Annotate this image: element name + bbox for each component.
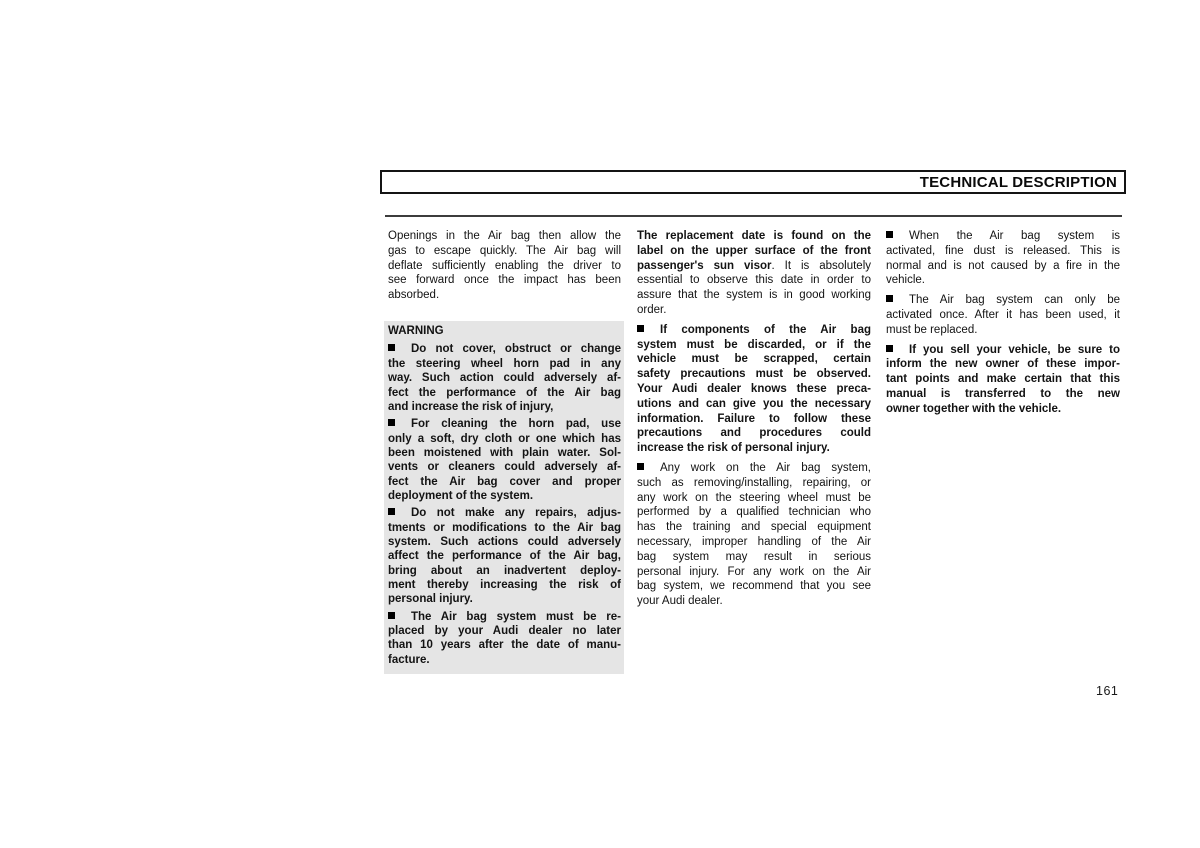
text-run: manual is transferred to the new bbox=[886, 388, 1120, 400]
text-run: fect the performance of the Air bag bbox=[388, 387, 621, 399]
text-run: information. Failure to follow these bbox=[637, 413, 871, 425]
text-run: Openings in the Air bag then allow the bbox=[388, 230, 621, 242]
bullet-square-icon bbox=[886, 229, 909, 244]
text-run: The Air bag system must be re- bbox=[411, 611, 621, 623]
text-line: label on the upper surface of the front bbox=[637, 244, 871, 259]
bullet-square-icon bbox=[388, 342, 411, 356]
text-line: vents or cleaners could adversely af- bbox=[388, 460, 621, 474]
text-run: the steering wheel horn pad in any bbox=[388, 358, 621, 370]
text-line: precautions and procedures could bbox=[637, 426, 871, 441]
text-run: Do not cover, obstruct or change bbox=[411, 343, 621, 355]
text-run: affect the performance of the Air bag, bbox=[388, 550, 621, 562]
text-run: If components of the Air bag bbox=[660, 324, 871, 336]
text-line: personal injury. bbox=[388, 592, 621, 606]
text-line: information. Failure to follow these bbox=[637, 412, 871, 427]
text-run: been moistened with plain water. Sol- bbox=[388, 447, 621, 459]
bullet-square-icon bbox=[388, 417, 411, 431]
text-line: ment thereby increasing the risk of bbox=[388, 578, 621, 592]
text-line: If components of the Air bag bbox=[637, 323, 871, 338]
text-run: way. Such action could adversely af- bbox=[388, 372, 621, 384]
text-run: bag system, we recommend that you see bbox=[637, 580, 871, 592]
text-run: personal injury. For any work on the Air bbox=[637, 566, 871, 578]
bullet-square-icon bbox=[886, 231, 893, 238]
bullet-item: For cleaning the horn pad, useonly a sof… bbox=[388, 417, 621, 503]
text-line: absorbed. bbox=[388, 288, 621, 303]
text-line: manual is transferred to the new bbox=[886, 387, 1120, 402]
column-2: The replacement date is found on thelabe… bbox=[637, 229, 871, 609]
bullet-square-icon bbox=[388, 508, 395, 515]
warning-heading: WARNING bbox=[388, 324, 621, 340]
text-run: increase the risk of personal injury. bbox=[637, 442, 830, 454]
text-line: has the training and special equipment bbox=[637, 520, 871, 535]
text-run: Your Audi dealer knows these preca- bbox=[637, 383, 871, 395]
text-run: bring about an inadvertent deploy- bbox=[388, 565, 621, 577]
text-run: must be replaced. bbox=[886, 324, 977, 336]
text-line: The Air bag system must be re- bbox=[388, 610, 621, 624]
text-run: ment thereby increasing the risk of bbox=[388, 579, 621, 591]
text-line: fect the performance of the Air bag bbox=[388, 386, 621, 400]
column-1: Openings in the Air bag then allow thega… bbox=[388, 229, 621, 674]
text-run: essential to observe this date in order … bbox=[637, 274, 871, 286]
text-run: only a soft, dry cloth or one which has bbox=[388, 433, 621, 445]
text-line: The replacement date is found on the bbox=[637, 229, 871, 244]
text-run: see forward once the impact has been bbox=[388, 274, 621, 286]
text-line: fect the Air bag cover and proper bbox=[388, 475, 621, 489]
text-line: Your Audi dealer knows these preca- bbox=[637, 382, 871, 397]
text-line: Any work on the Air bag system, bbox=[637, 461, 871, 476]
text-line: When the Air bag system is bbox=[886, 229, 1120, 244]
bullet-square-icon bbox=[637, 463, 644, 470]
text-line: normal and is not caused by a fire in th… bbox=[886, 259, 1120, 274]
text-line: If you sell your vehicle, be sure to bbox=[886, 343, 1120, 358]
text-run: gas to escape quickly. The Air bag will bbox=[388, 245, 621, 257]
text-run: Any work on the Air bag system, bbox=[660, 462, 871, 474]
text-run: deployment of the system. bbox=[388, 490, 533, 502]
text-run: and increase the risk of injury, bbox=[388, 401, 553, 413]
bullet-square-icon bbox=[388, 419, 395, 426]
bullet-item: The Air bag system can only beactivated … bbox=[886, 293, 1120, 337]
text-run: Do not make any repairs, adjus- bbox=[411, 507, 621, 519]
text-line: vehicle must be scrapped, certain bbox=[637, 352, 871, 367]
text-line: deployment of the system. bbox=[388, 489, 621, 503]
bullet-square-icon bbox=[886, 343, 909, 358]
text-line: necessary, improper handling of the Air bbox=[637, 535, 871, 550]
text-run: absorbed. bbox=[388, 289, 439, 301]
text-line: way. Such action could adversely af- bbox=[388, 371, 621, 385]
text-run: normal and is not caused by a fire in th… bbox=[886, 260, 1120, 272]
text-line: gas to escape quickly. The Air bag will bbox=[388, 244, 621, 259]
text-line: tant points and make certain that this bbox=[886, 372, 1120, 387]
text-line: bring about an inadvertent deploy- bbox=[388, 564, 621, 578]
text-run: assure that the system is in good workin… bbox=[637, 289, 871, 301]
bullet-item: If you sell your vehicle, be sure toinfo… bbox=[886, 343, 1120, 417]
text-line: passenger's sun visor. It is absolutely bbox=[637, 259, 871, 274]
text-line: been moistened with plain water. Sol- bbox=[388, 446, 621, 460]
text-run: placed by your Audi dealer no later bbox=[388, 625, 621, 637]
text-run: necessary, improper handling of the Air bbox=[637, 536, 871, 548]
text-line: performed by a qualified technician who bbox=[637, 505, 871, 520]
bullet-square-icon bbox=[886, 345, 893, 352]
text-run: has the training and special equipment bbox=[637, 521, 871, 533]
text-line: assure that the system is in good workin… bbox=[637, 288, 871, 303]
text-line: inform the new owner of these impor- bbox=[886, 357, 1120, 372]
text-run: any work on the steering wheel must be bbox=[637, 492, 871, 504]
bullet-item: If components of the Air bagsystem must … bbox=[637, 323, 871, 456]
text-line: order. bbox=[637, 303, 871, 318]
bullet-square-icon bbox=[388, 506, 411, 520]
bullet-square-icon bbox=[886, 295, 893, 302]
text-run: utions and can give you the necessary bbox=[637, 398, 871, 410]
bullet-square-icon bbox=[388, 612, 395, 619]
text-line: activated once. After it has been used, … bbox=[886, 308, 1120, 323]
text-run: inform the new owner of these impor- bbox=[886, 358, 1120, 370]
text-line: see forward once the impact has been bbox=[388, 273, 621, 288]
text-run: safety precautions must be observed. bbox=[637, 368, 871, 380]
text-line: such as removing/installing, repairing, … bbox=[637, 476, 871, 491]
column-3: When the Air bag system isactivated, fin… bbox=[886, 229, 1120, 417]
paragraph: The replacement date is found on thelabe… bbox=[637, 229, 871, 318]
bullet-square-icon bbox=[637, 461, 660, 476]
bullet-square-icon bbox=[637, 323, 660, 338]
text-run: For cleaning the horn pad, use bbox=[411, 418, 621, 430]
text-run: fect the Air bag cover and proper bbox=[388, 476, 621, 488]
header-divider bbox=[385, 215, 1122, 217]
bullet-item: When the Air bag system isactivated, fin… bbox=[886, 229, 1120, 288]
text-line: increase the risk of personal injury. bbox=[637, 441, 871, 456]
text-run: activated, fine dust is released. This i… bbox=[886, 245, 1120, 257]
text-run: tant points and make certain that this bbox=[886, 373, 1120, 385]
bullet-square-icon bbox=[637, 325, 644, 332]
warning-box: WARNINGDo not cover, obstruct or changet… bbox=[384, 321, 624, 674]
text-run: . It is absolutely bbox=[771, 260, 871, 272]
bullet-square-icon bbox=[388, 344, 395, 351]
text-line: the steering wheel horn pad in any bbox=[388, 357, 621, 371]
bullet-square-icon bbox=[886, 293, 909, 308]
text-line: any work on the steering wheel must be bbox=[637, 491, 871, 506]
bullet-item: Any work on the Air bag system,such as r… bbox=[637, 461, 871, 609]
text-line: Do not cover, obstruct or change bbox=[388, 342, 621, 356]
text-run: The Air bag system can only be bbox=[909, 294, 1120, 306]
text-line: deflate sufficiently enabling the driver… bbox=[388, 259, 621, 274]
text-run: vehicle must be scrapped, certain bbox=[637, 353, 871, 365]
manual-page: TECHNICAL DESCRIPTION Openings in the Ai… bbox=[0, 0, 1200, 848]
text-run: label on the upper surface of the front bbox=[637, 245, 871, 257]
text-line: essential to observe this date in order … bbox=[637, 273, 871, 288]
text-run: activated once. After it has been used, … bbox=[886, 309, 1120, 321]
text-line: vehicle. bbox=[886, 273, 1120, 288]
text-run: bag system may result in serious bbox=[637, 551, 871, 563]
text-run: passenger's sun visor bbox=[637, 260, 771, 272]
text-run: order. bbox=[637, 304, 666, 316]
text-run: vents or cleaners could adversely af- bbox=[388, 461, 621, 473]
text-line: and increase the risk of injury, bbox=[388, 400, 621, 414]
page-number: 161 bbox=[1096, 684, 1118, 698]
text-line: your Audi dealer. bbox=[637, 594, 871, 609]
page-title: TECHNICAL DESCRIPTION bbox=[920, 174, 1117, 191]
text-run: facture. bbox=[388, 654, 430, 666]
text-line: placed by your Audi dealer no later bbox=[388, 624, 621, 638]
text-line: The Air bag system can only be bbox=[886, 293, 1120, 308]
bullet-item: Do not make any repairs, adjus-tments or… bbox=[388, 506, 621, 606]
text-run: precautions and procedures could bbox=[637, 427, 871, 439]
text-run: than 10 years after the date of manu- bbox=[388, 639, 621, 651]
text-run: personal injury. bbox=[388, 593, 473, 605]
text-run: If you sell your vehicle, be sure to bbox=[909, 344, 1120, 356]
text-line: utions and can give you the necessary bbox=[637, 397, 871, 412]
text-line: Do not make any repairs, adjus- bbox=[388, 506, 621, 520]
bullet-item: The Air bag system must be re-placed by … bbox=[388, 610, 621, 667]
text-line: personal injury. For any work on the Air bbox=[637, 565, 871, 580]
text-run: system must be discarded, or if the bbox=[637, 339, 871, 351]
title-box: TECHNICAL DESCRIPTION bbox=[380, 170, 1126, 194]
text-line: owner together with the vehicle. bbox=[886, 402, 1120, 417]
text-line: bag system, we recommend that you see bbox=[637, 579, 871, 594]
text-run: When the Air bag system is bbox=[909, 230, 1120, 242]
text-line: only a soft, dry cloth or one which has bbox=[388, 432, 621, 446]
text-line: activated, fine dust is released. This i… bbox=[886, 244, 1120, 259]
text-line: safety precautions must be observed. bbox=[637, 367, 871, 382]
text-run: performed by a qualified technician who bbox=[637, 506, 871, 518]
text-line: tments or modifications to the Air bag bbox=[388, 521, 621, 535]
text-line: system must be discarded, or if the bbox=[637, 338, 871, 353]
text-line: system. Such actions could adversely bbox=[388, 535, 621, 549]
text-run: your Audi dealer. bbox=[637, 595, 723, 607]
text-line: Openings in the Air bag then allow the bbox=[388, 229, 621, 244]
text-run: such as removing/installing, repairing, … bbox=[637, 477, 871, 489]
text-run: deflate sufficiently enabling the driver… bbox=[388, 260, 621, 272]
text-run: system. Such actions could adversely bbox=[388, 536, 621, 548]
text-run: vehicle. bbox=[886, 274, 925, 286]
text-line: must be replaced. bbox=[886, 323, 1120, 338]
text-run: tments or modifications to the Air bag bbox=[388, 522, 621, 534]
text-line: affect the performance of the Air bag, bbox=[388, 549, 621, 563]
text-run: owner together with the vehicle. bbox=[886, 403, 1061, 415]
bullet-item: Do not cover, obstruct or changethe stee… bbox=[388, 342, 621, 414]
text-line: bag system may result in serious bbox=[637, 550, 871, 565]
paragraph: Openings in the Air bag then allow thega… bbox=[388, 229, 621, 303]
text-line: For cleaning the horn pad, use bbox=[388, 417, 621, 431]
text-line: than 10 years after the date of manu- bbox=[388, 638, 621, 652]
bullet-square-icon bbox=[388, 610, 411, 624]
text-run: The replacement date is found on the bbox=[637, 230, 871, 242]
text-line: facture. bbox=[388, 653, 621, 667]
